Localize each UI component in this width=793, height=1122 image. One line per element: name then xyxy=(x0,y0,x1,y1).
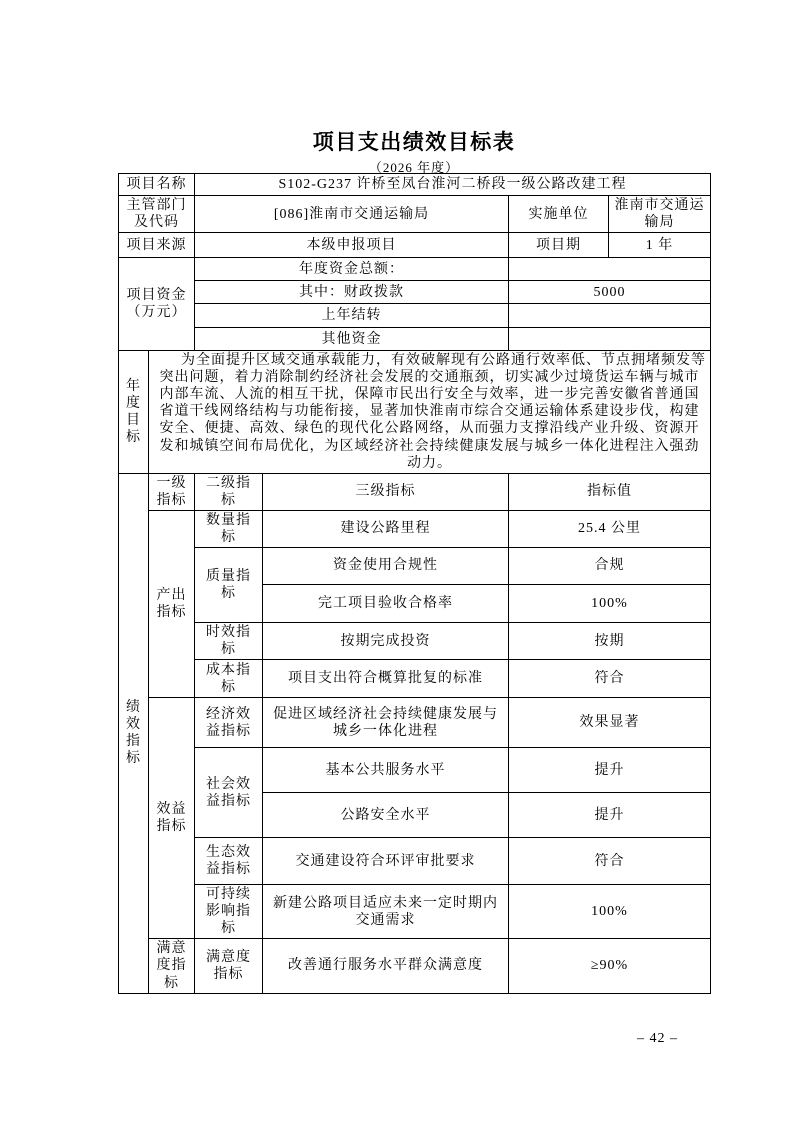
header-l3: 三级指标 xyxy=(263,473,509,510)
indicator-l3: 新建公路项目适应未来一定时期内交通需求 xyxy=(263,885,509,939)
indicator-l1: 满意度指标 xyxy=(149,939,195,993)
project-name-label: 项目名称 xyxy=(119,174,195,196)
indicator-l3: 改善通行服务水平群众满意度 xyxy=(263,939,509,993)
dept-value: [086]淮南市交通运输局 xyxy=(195,196,509,233)
table-row: 时效指标 按期完成投资 按期 xyxy=(119,623,711,660)
indicator-value: 符合 xyxy=(509,660,711,698)
performance-target-table: 项目名称 S102-G237 许桥至凤台淮河二桥段一级公路改建工程 主管部门 及… xyxy=(118,173,711,994)
indicator-l3: 公路安全水平 xyxy=(263,793,509,838)
table-row: 效益指标 经济效益指标 促进区域经济社会持续健康发展与城乡一体化进程 效果显著 xyxy=(119,698,711,748)
indicator-value: 效果显著 xyxy=(509,698,711,748)
indicator-l2: 数量指标 xyxy=(195,510,263,547)
indicator-l3: 基本公共服务水平 xyxy=(263,748,509,793)
indicator-l2: 质量指标 xyxy=(195,548,263,623)
indicator-value: 提升 xyxy=(509,793,711,838)
impl-unit-label: 实施单位 xyxy=(509,196,609,233)
table-row: 绩效指标 一级指标 二级指标 三级指标 指标值 xyxy=(119,473,711,510)
table-row: 其中：财政拨款 5000 xyxy=(119,281,711,304)
source-label: 项目来源 xyxy=(119,233,195,258)
indicator-value: 按期 xyxy=(509,623,711,660)
indicator-l2: 可持续影响指标 xyxy=(195,885,263,939)
indicator-l3: 促进区域经济社会持续健康发展与城乡一体化进程 xyxy=(263,698,509,748)
funding-row-value: 5000 xyxy=(509,281,711,304)
indicator-l3: 完工项目验收合格率 xyxy=(263,585,509,623)
funding-row-value xyxy=(509,304,711,328)
table-row: 项目名称 S102-G237 许桥至凤台淮河二桥段一级公路改建工程 xyxy=(119,174,711,196)
funding-row-name: 上年结转 xyxy=(195,304,509,328)
indicator-l1: 效益指标 xyxy=(149,698,195,939)
indicator-l3: 项目支出符合概算批复的标准 xyxy=(263,660,509,698)
indicator-l3: 资金使用合规性 xyxy=(263,548,509,585)
indicator-l2: 满意度指标 xyxy=(195,939,263,993)
indicator-l1: 产出指标 xyxy=(149,510,195,697)
funding-row-name: 其中：财政拨款 xyxy=(195,281,509,304)
indicator-l2: 成本指标 xyxy=(195,660,263,698)
funding-label: 项目资金 （万元） xyxy=(119,258,195,351)
impl-unit-value: 淮南市交通运输局 xyxy=(609,196,711,233)
page-title: 项目支出绩效目标表 xyxy=(118,126,710,156)
annual-goal-label: 年度目标 xyxy=(119,351,149,474)
indicator-l3: 交通建设符合环评审批要求 xyxy=(263,838,509,885)
period-label: 项目期 xyxy=(509,233,609,258)
indicator-l2: 社会效益指标 xyxy=(195,748,263,838)
indicator-l2: 经济效益指标 xyxy=(195,698,263,748)
table-row: 生态效益指标 交通建设符合环评审批要求 符合 xyxy=(119,838,711,885)
indicator-value: 25.4 公里 xyxy=(509,510,711,547)
indicator-value: ≥90% xyxy=(509,939,711,993)
indicator-l2: 生态效益指标 xyxy=(195,838,263,885)
table-row: 上年结转 xyxy=(119,304,711,328)
table-row: 主管部门 及代码 [086]淮南市交通运输局 实施单位 淮南市交通运输局 xyxy=(119,196,711,233)
table-row: 成本指标 项目支出符合概算批复的标准 符合 xyxy=(119,660,711,698)
table-row: 产出指标 数量指标 建设公路里程 25.4 公里 xyxy=(119,510,711,547)
funding-row-name: 年度资金总额： xyxy=(195,258,509,281)
indicator-l2: 时效指标 xyxy=(195,623,263,660)
header-l1: 一级指标 xyxy=(149,473,195,510)
indicator-l3: 按期完成投资 xyxy=(263,623,509,660)
table-row: 满意度指标 满意度指标 改善通行服务水平群众满意度 ≥90% xyxy=(119,939,711,993)
project-name-value: S102-G237 许桥至凤台淮河二桥段一级公路改建工程 xyxy=(195,174,711,196)
indicator-value: 合规 xyxy=(509,548,711,585)
table-row: 项目来源 本级申报项目 项目期 1 年 xyxy=(119,233,711,258)
table-row: 社会效益指标 基本公共服务水平 提升 xyxy=(119,748,711,793)
indicators-side-label: 绩效指标 xyxy=(119,473,149,993)
funding-row-name: 其他资金 xyxy=(195,328,509,351)
period-value: 1 年 xyxy=(609,233,711,258)
indicator-value: 100% xyxy=(509,885,711,939)
table-row: 可持续影响指标 新建公路项目适应未来一定时期内交通需求 100% xyxy=(119,885,711,939)
funding-row-value xyxy=(509,258,711,281)
dept-label: 主管部门 及代码 xyxy=(119,196,195,233)
annual-goal-text: 为全面提升区域交通承载能力，有效破解现有公路通行效率低、节点拥堵频发等突出问题，… xyxy=(149,351,711,474)
indicator-l3: 建设公路里程 xyxy=(263,510,509,547)
table-row: 年度目标 为全面提升区域交通承载能力，有效破解现有公路通行效率低、节点拥堵频发等… xyxy=(119,351,711,474)
table-row: 其他资金 xyxy=(119,328,711,351)
header-l2: 二级指标 xyxy=(195,473,263,510)
table-row: 质量指标 资金使用合规性 合规 xyxy=(119,548,711,585)
indicator-value: 符合 xyxy=(509,838,711,885)
page-number: – 42 – xyxy=(637,1031,678,1047)
table-row: 项目资金 （万元） 年度资金总额： xyxy=(119,258,711,281)
indicator-value: 提升 xyxy=(509,748,711,793)
indicator-value: 100% xyxy=(509,585,711,623)
header-value: 指标值 xyxy=(509,473,711,510)
source-value: 本级申报项目 xyxy=(195,233,509,258)
funding-row-value xyxy=(509,328,711,351)
